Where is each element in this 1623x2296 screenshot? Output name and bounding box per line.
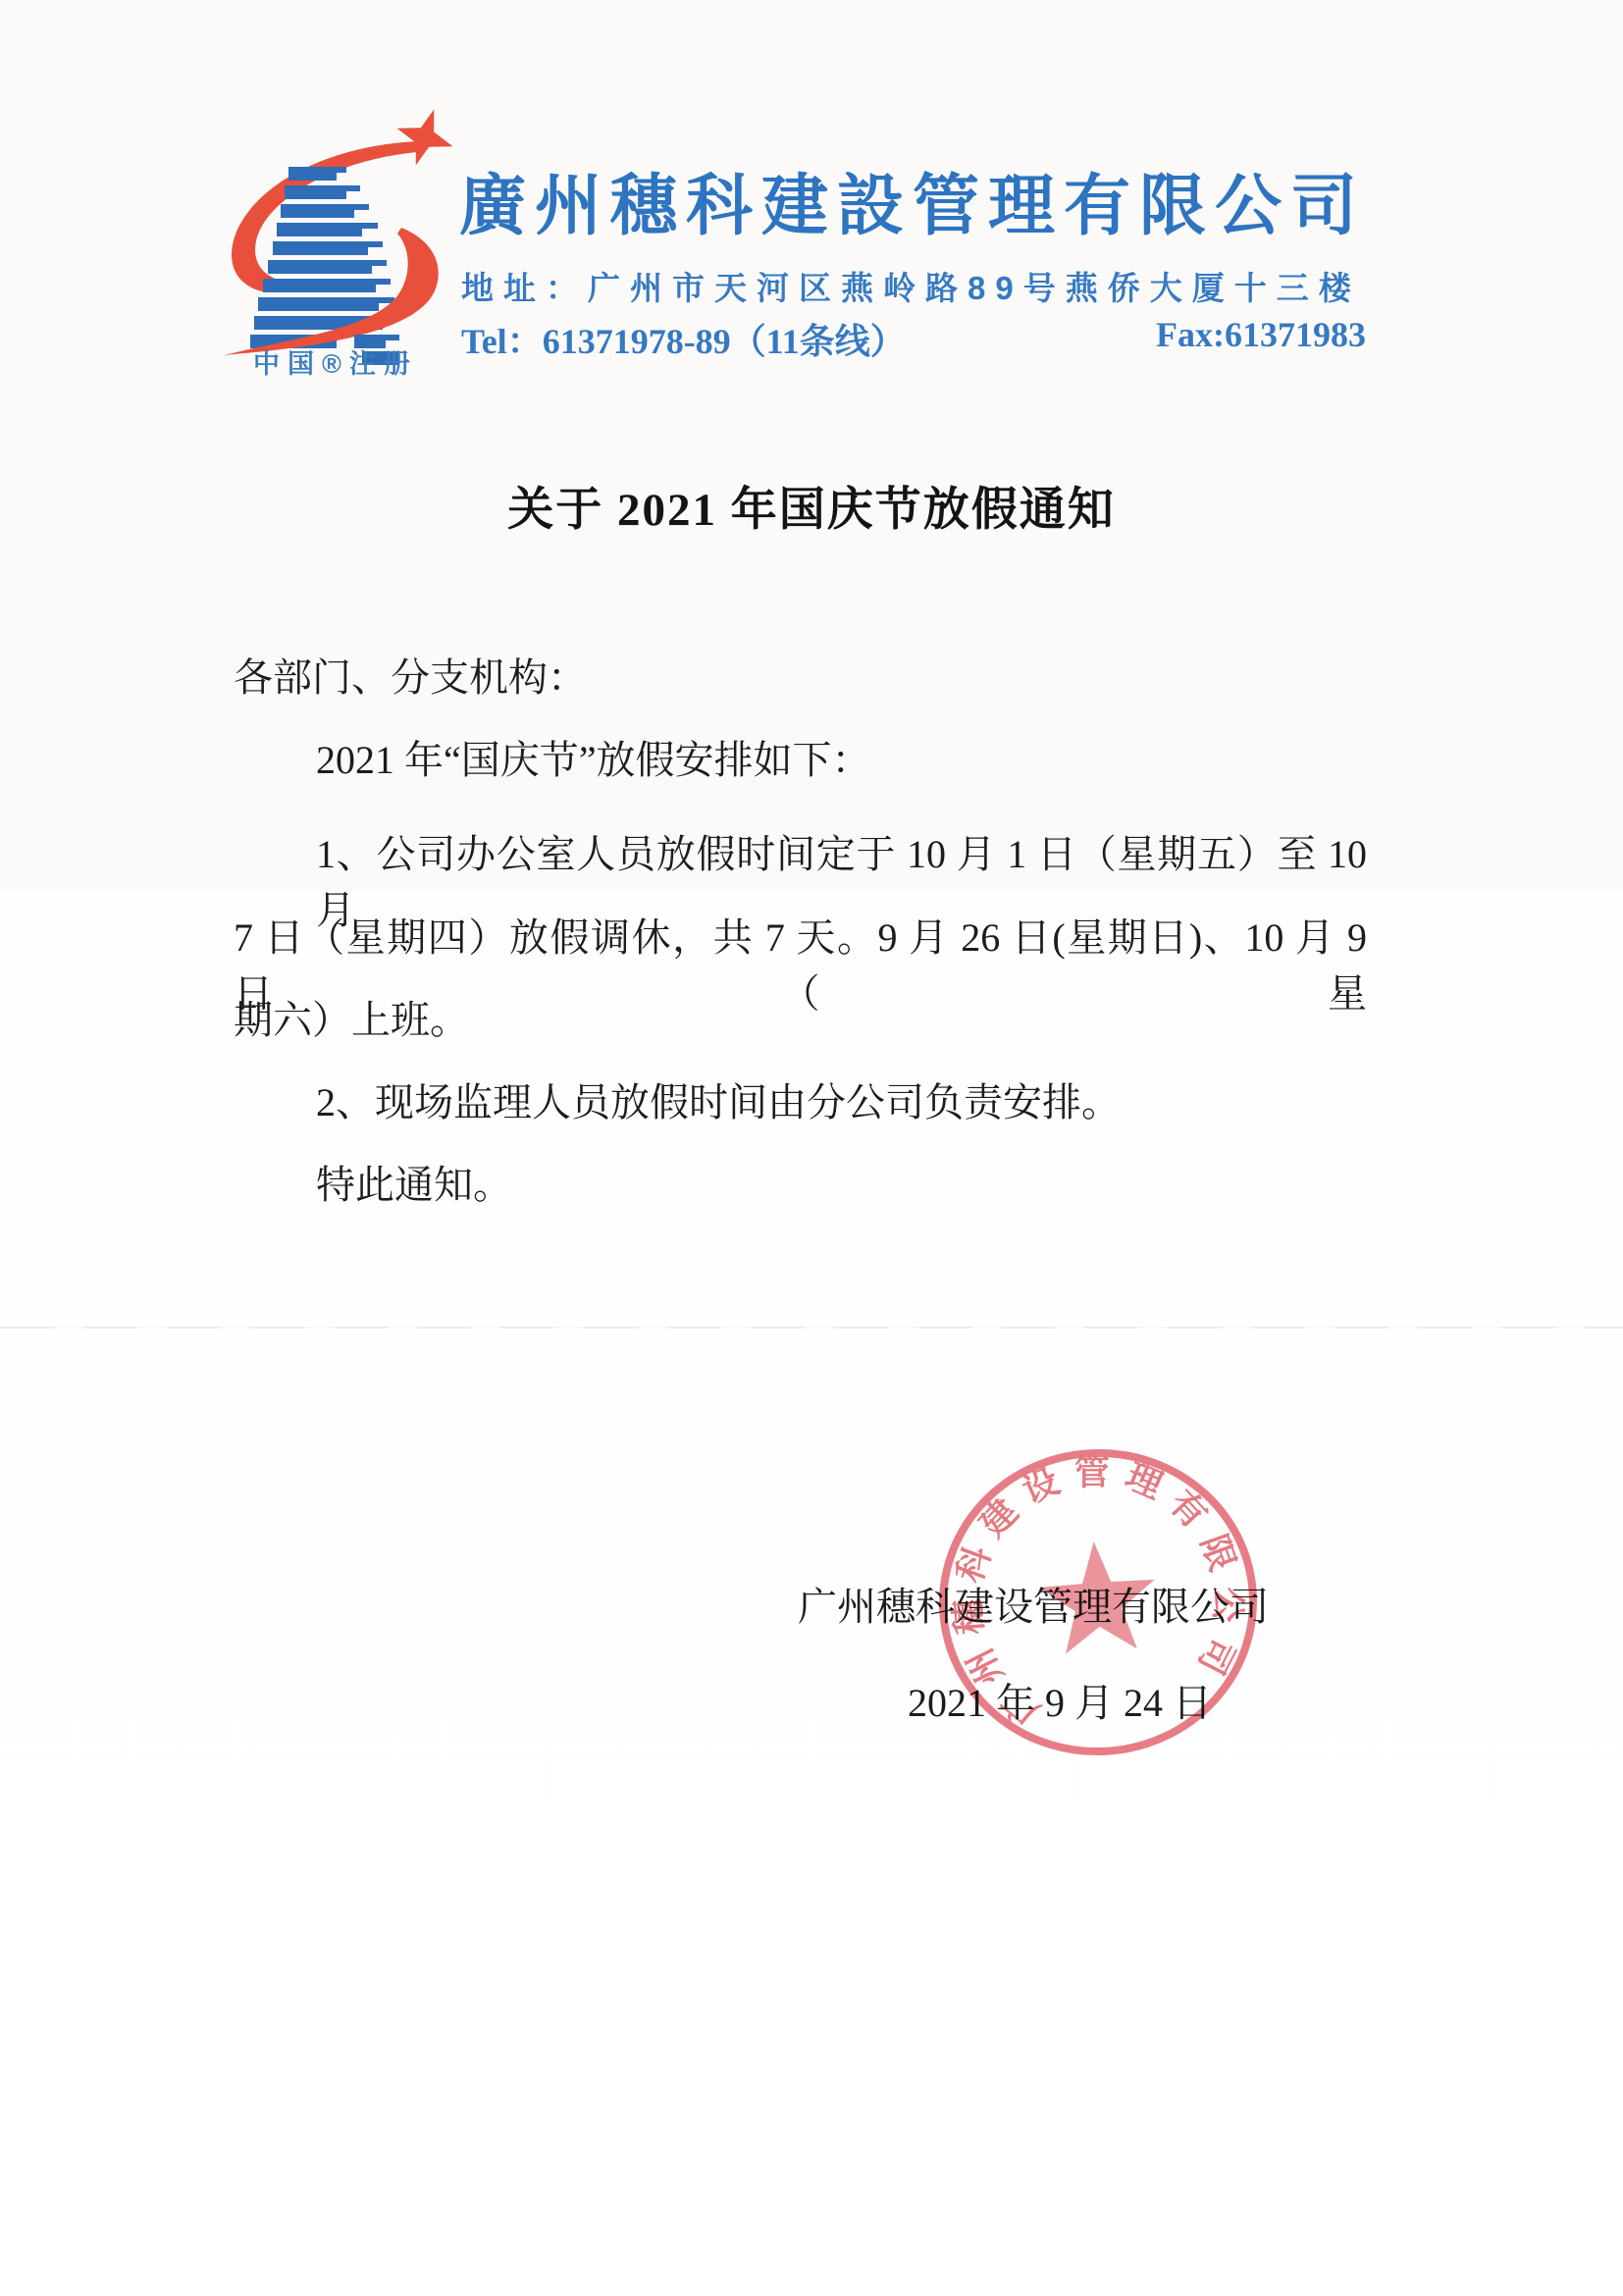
company-seal-stamp: 广州穗科建设管理有限公司 (933, 1442, 1263, 1764)
company-name: 廣州穗科建設管理有限公司 (459, 153, 1366, 248)
notice-title: 关于 2021 年国庆节放假通知 (0, 473, 1623, 539)
salutation-line: 各部门、分支机构： (234, 647, 1367, 703)
scanned-notice-page: 中国®注册 廣州穗科建設管理有限公司 地址：广州市天河区燕岭路89号燕侨大厦十三… (0, 0, 1623, 2296)
tel-number: Tel：61371978-89（11条线） (461, 314, 906, 364)
stamp-star-icon (1036, 1538, 1160, 1655)
registered-mark-label: 中国®注册 (253, 342, 418, 381)
logo-sparkle-icon (388, 100, 456, 175)
body-line: 2021 年“国庆节”放假安排如下： (316, 729, 1449, 785)
body-line: 期六）上班。 (234, 989, 1367, 1045)
body-line: 2、现场监理人员放假时间由分公司负责安排。 (316, 1071, 1449, 1127)
body-line: 特此通知。 (316, 1154, 1449, 1210)
tel-fax-row: Tel：61371978-89（11条线） Fax:61371983 (461, 314, 1366, 364)
scan-seam-line (0, 1327, 1623, 1329)
fax-number: Fax:61371983 (1156, 314, 1366, 364)
company-address: 地址：广州市天河区燕岭路89号燕侨大厦十三楼 (461, 263, 1361, 309)
